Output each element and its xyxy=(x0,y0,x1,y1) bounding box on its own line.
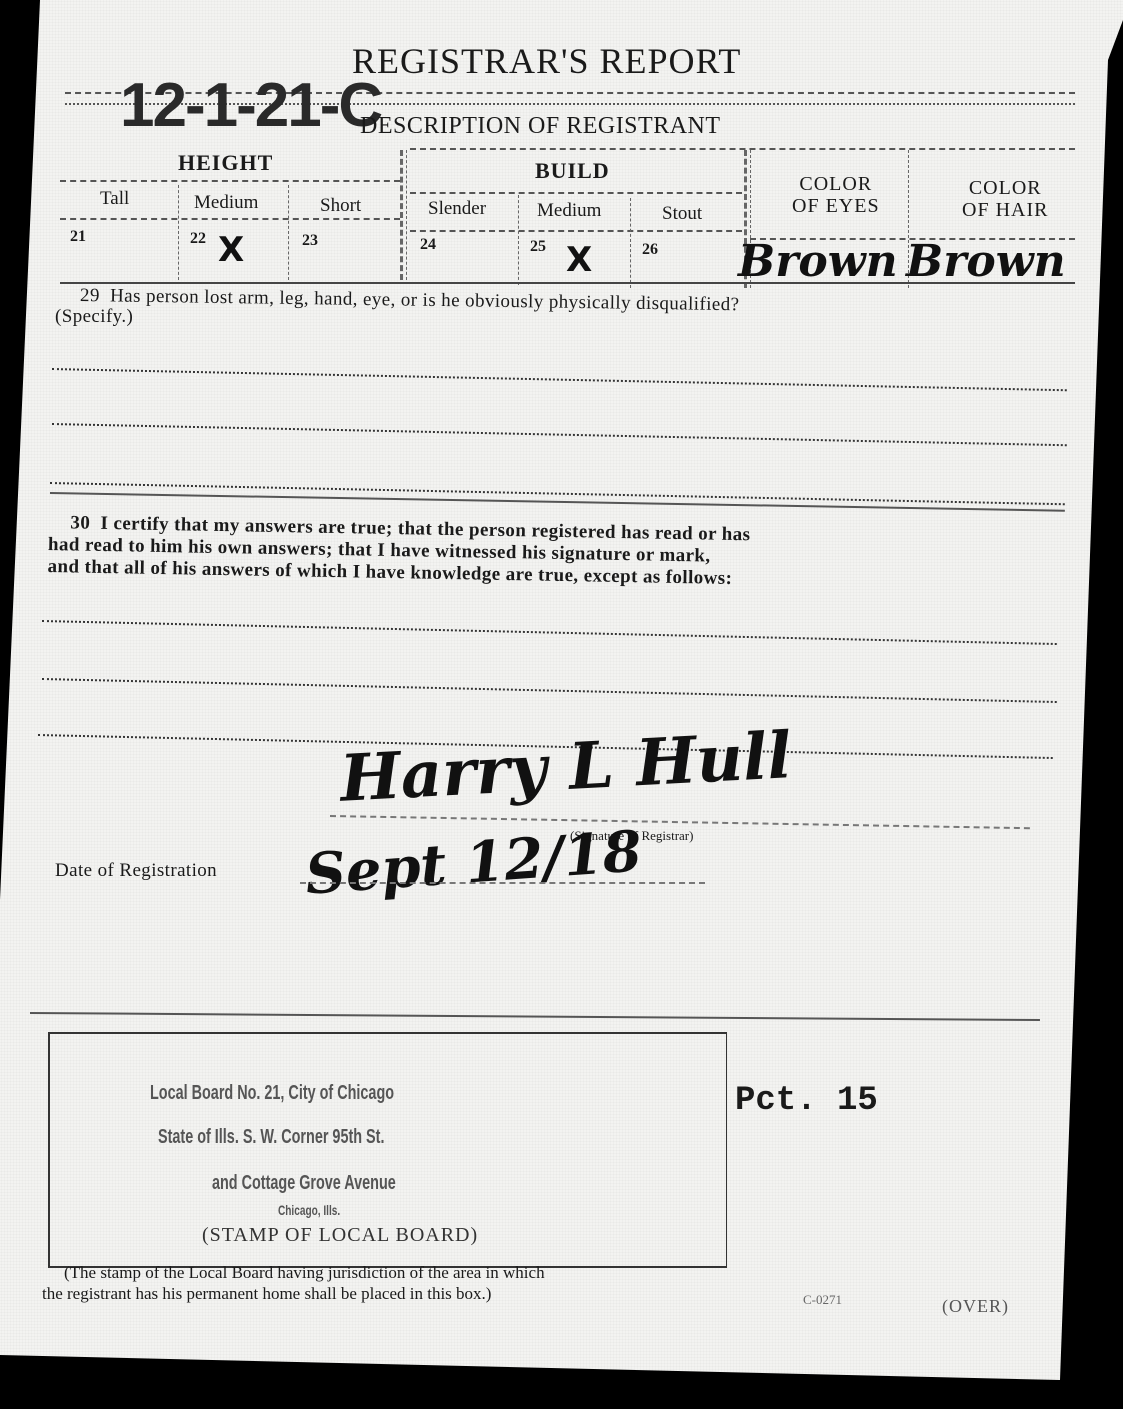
color-of-hair-label-line1: COLOR xyxy=(962,177,1048,199)
date-line[interactable] xyxy=(300,882,705,884)
precinct-number: Pct. 15 xyxy=(735,1082,878,1120)
build-medium-checkmark: X xyxy=(566,240,592,280)
question-30: 30 I certify that my answers are true; t… xyxy=(47,512,1068,596)
document-page: REGISTRAR'S REPORT 12-1-21-C DESCRIPTION… xyxy=(0,0,1123,1409)
question-29: 29 Has person lost arm, leg, hand, eye, … xyxy=(80,285,740,316)
height-medium-label: Medium xyxy=(194,192,258,214)
color-of-hair-label-line2: OF HAIR xyxy=(962,199,1048,221)
cell-border xyxy=(400,150,403,280)
divider xyxy=(60,282,1075,284)
build-stout-number: 26 xyxy=(642,241,658,259)
build-stout-label: Stout xyxy=(662,203,702,225)
divider xyxy=(60,180,400,182)
local-board-stamp-box: Local Board No. 21, City of Chicago Stat… xyxy=(48,1032,727,1268)
answer-line-30-1[interactable] xyxy=(42,620,1057,645)
question-29-specify: (Specify.) xyxy=(55,306,133,328)
build-group-label: BUILD xyxy=(535,158,610,184)
build-medium-number: 25 xyxy=(530,238,546,256)
build-medium-label: Medium xyxy=(537,200,601,222)
stamp-line-2: State of Ills. S. W. Corner 95th St. xyxy=(158,1126,384,1149)
form-code: C-0271 xyxy=(803,1292,842,1308)
divider xyxy=(410,230,742,232)
section-title: DESCRIPTION OF REGISTRANT xyxy=(360,113,721,140)
report-title: REGISTRAR'S REPORT xyxy=(352,40,741,82)
height-group-label: HEIGHT xyxy=(178,150,273,176)
height-tall-number: 21 xyxy=(70,228,86,246)
color-of-hair-label: COLOR OF HAIR xyxy=(962,177,1048,221)
question-29-text: Has person lost arm, leg, hand, eye, or … xyxy=(110,285,740,315)
footnote-line1: (The stamp of the Local Board having jur… xyxy=(42,1262,545,1283)
cell-border xyxy=(518,195,519,285)
over-indicator: (OVER) xyxy=(942,1296,1009,1317)
date-of-registration-label: Date of Registration xyxy=(55,860,217,882)
build-slender-number: 24 xyxy=(420,236,436,254)
stamp-line-3: and Cottage Grove Avenue xyxy=(212,1172,396,1195)
answer-line-29-2[interactable] xyxy=(52,423,1067,446)
divider xyxy=(60,218,400,220)
color-of-eyes-label-line1: COLOR xyxy=(792,173,880,195)
footnote-line2: the registrant has his permanent home sh… xyxy=(42,1283,545,1304)
answer-line-29-1[interactable] xyxy=(52,368,1067,391)
build-slender-label: Slender xyxy=(428,198,486,220)
hair-color-value: Brown xyxy=(906,236,1066,287)
color-of-eyes-label-line2: OF EYES xyxy=(792,195,880,217)
height-medium-number: 22 xyxy=(190,230,206,248)
cell-border xyxy=(288,185,289,280)
answer-line-30-2[interactable] xyxy=(42,678,1057,703)
color-of-eyes-label: COLOR OF EYES xyxy=(792,173,880,217)
eye-color-value: Brown xyxy=(738,236,898,287)
serial-number-stamp: 12-1-21-C xyxy=(120,70,381,141)
divider xyxy=(410,192,742,194)
height-medium-checkmark: X xyxy=(218,230,244,270)
height-tall-label: Tall xyxy=(100,188,129,210)
cell-border xyxy=(406,150,407,280)
divider xyxy=(30,1012,1040,1021)
height-short-label: Short xyxy=(320,195,361,217)
registrar-signature: Harry L Hull xyxy=(338,718,793,817)
date-of-registration-value: Sept 12/18 xyxy=(303,818,644,907)
cell-border xyxy=(178,185,179,280)
stamp-line-4: Chicago, Ills. xyxy=(278,1202,340,1218)
stamp-caption: (STAMP OF LOCAL BOARD) xyxy=(202,1224,478,1247)
question-30-number: 30 xyxy=(70,512,90,533)
stamp-footnote: (The stamp of the Local Board having jur… xyxy=(42,1262,545,1304)
cell-border xyxy=(630,198,631,288)
stamp-line-1: Local Board No. 21, City of Chicago xyxy=(150,1082,394,1105)
divider xyxy=(410,148,1075,150)
height-short-number: 23 xyxy=(302,232,318,250)
question-29-number: 29 xyxy=(80,285,100,306)
